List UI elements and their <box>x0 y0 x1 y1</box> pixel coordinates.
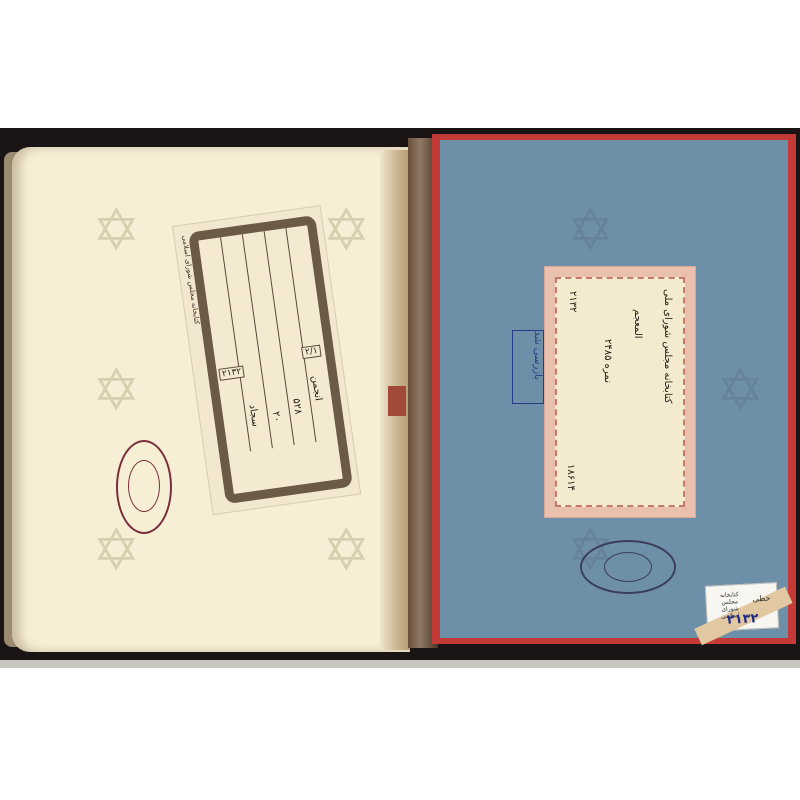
bottom-band <box>0 660 800 668</box>
shelf-label-call-number: ۲۱۳۲ <box>707 610 778 629</box>
red-tab <box>388 386 406 416</box>
registry-number: ۱۸۶۱۴ <box>565 464 576 491</box>
library-card-right: کتابخانه مجلس شورای ملی ۲۱۳۲ المعجم نمره… <box>544 266 696 518</box>
shelf-label: کتابخانه مجلس شورای اسلامی خطی ۲۱۳۲ <box>705 582 779 632</box>
card-entry: ۵۲۸ <box>290 398 303 415</box>
card-number-mid: ۲۱۳۲ <box>218 365 245 380</box>
card-number: ۲۱۳۲ <box>567 291 578 312</box>
card-entry: ۲۰ <box>270 411 282 423</box>
card-entry: سجاد <box>247 404 261 428</box>
shelf-label-type: خطی <box>752 593 771 603</box>
card-inner: کتابخانه مجلس شورای ملی ۲۱۳۲ المعجم نمره… <box>555 277 685 507</box>
card-entry: نمره ۲۴۸۵ <box>602 339 613 383</box>
library-stamp-right <box>580 540 676 594</box>
library-stamp-left <box>116 440 172 534</box>
card-number-top: ۲/۱ <box>301 345 321 359</box>
blue-annotation: بازرسی شد <box>512 330 544 404</box>
card-header: کتابخانه مجلس شورای ملی <box>662 289 673 404</box>
card-entry: انجمن <box>309 375 323 402</box>
card-entry: المعجم <box>632 309 643 339</box>
